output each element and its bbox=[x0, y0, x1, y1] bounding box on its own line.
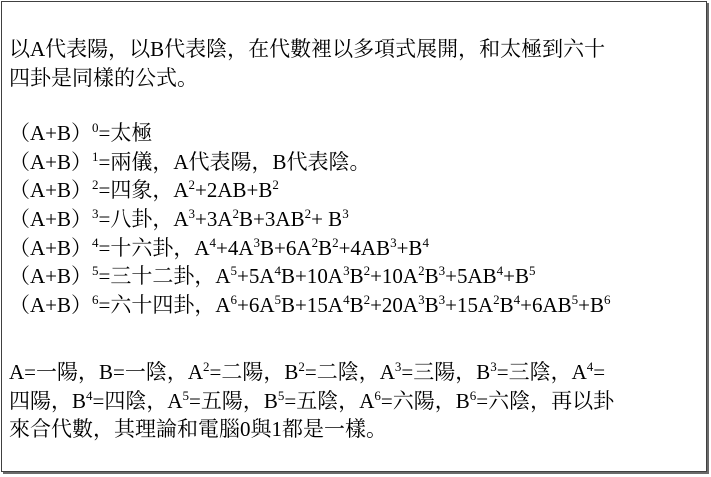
exponent: 4 bbox=[497, 263, 504, 278]
text-run: B bbox=[350, 264, 364, 288]
text-run: +B bbox=[503, 264, 529, 288]
exponent: 2 bbox=[364, 263, 371, 278]
power-exponent: 4 bbox=[92, 235, 99, 250]
text-run: B bbox=[425, 293, 439, 317]
exponent: 4 bbox=[514, 292, 521, 307]
formula-line: （A+B）5=三十二卦，A5+5A4B+10A3B2+10A2B3+5AB4+B… bbox=[9, 262, 709, 291]
text-run: +B bbox=[397, 236, 423, 260]
formula-line: （A+B）3=八卦，A3+3A2B+3AB2+ B3 bbox=[9, 205, 709, 234]
exponent: 5 bbox=[183, 388, 190, 403]
exponent: 2 bbox=[298, 359, 305, 374]
text-run: 四陽，B bbox=[9, 389, 86, 413]
exponent: 3 bbox=[418, 292, 425, 307]
text-run: =六十四卦，A bbox=[99, 293, 231, 317]
text-run: +4AB bbox=[339, 236, 391, 260]
text-run: B bbox=[350, 293, 364, 317]
text-run: +6A bbox=[237, 293, 275, 317]
exponent: 3 bbox=[439, 292, 446, 307]
text-run: +6AB bbox=[520, 293, 572, 317]
formula-line: （A+B）0=太極 bbox=[9, 119, 709, 148]
exponent: 3 bbox=[254, 235, 261, 250]
text-run: +5A bbox=[237, 264, 275, 288]
binomial-base: （A+B） bbox=[9, 236, 92, 260]
binomial-base: （A+B） bbox=[9, 121, 92, 145]
intro-paragraph: 以A代表陽，以B代表陰，在代數裡以多項式展開，和太極到六十 四卦是同樣的公式。 bbox=[9, 35, 709, 92]
mapping-paragraph: A=一陽，B=一陰，A2=二陽，B2=二陰，A3=三陽，B3=三陰，A4= 四陽… bbox=[9, 358, 709, 444]
text-run: =六陽，B bbox=[381, 389, 470, 413]
mapping-line: 四陽，B4=四陰，A5=五陽，B5=五陰，A6=六陽，B6=六陰，再以卦 bbox=[9, 387, 709, 416]
text-run: =四陰，A bbox=[93, 389, 183, 413]
text-run: +20A bbox=[370, 293, 418, 317]
formula-list: （A+B）0=太極 （A+B）1=兩儀，A代表陽，B代表陰。 （A+B）2=四象… bbox=[9, 119, 709, 320]
text-run: =六陰，再以卦 bbox=[476, 389, 614, 413]
exponent: 4 bbox=[422, 235, 429, 250]
power-exponent: 2 bbox=[92, 177, 99, 192]
text-run: +5AB bbox=[445, 264, 497, 288]
text-run: +15A bbox=[445, 293, 493, 317]
exponent: 2 bbox=[418, 263, 425, 278]
exponent: 6 bbox=[231, 292, 238, 307]
exponent: 3 bbox=[395, 359, 402, 374]
text-run: B+3AB bbox=[239, 207, 305, 231]
text-run: + B bbox=[311, 207, 342, 231]
exponent: 4 bbox=[275, 263, 282, 278]
exponent: 2 bbox=[272, 177, 279, 192]
binomial-base: （A+B） bbox=[9, 178, 92, 202]
exponent: 5 bbox=[572, 292, 579, 307]
power-exponent: 0 bbox=[92, 120, 99, 135]
exponent: 4 bbox=[587, 359, 594, 374]
text-run: B+6A bbox=[260, 236, 312, 260]
text-run: B bbox=[500, 293, 514, 317]
exponent: 4 bbox=[86, 388, 93, 403]
exponent: 5 bbox=[529, 263, 536, 278]
exponent: 2 bbox=[493, 292, 500, 307]
text-run: =兩儀，A代表陽，B代表陰。 bbox=[99, 150, 371, 174]
formula-line: （A+B）1=兩儀，A代表陽，B代表陰。 bbox=[9, 148, 709, 177]
exponent: 2 bbox=[332, 235, 339, 250]
exponent: 2 bbox=[233, 206, 240, 221]
power-exponent: 6 bbox=[92, 292, 99, 307]
binomial-base: （A+B） bbox=[9, 207, 92, 231]
exponent: 2 bbox=[203, 359, 210, 374]
exponent: 5 bbox=[275, 292, 282, 307]
exponent: 2 bbox=[312, 235, 319, 250]
binomial-base: （A+B） bbox=[9, 293, 92, 317]
exponent: 3 bbox=[439, 263, 446, 278]
exponent: 6 bbox=[604, 292, 611, 307]
formula-line: （A+B）2=四象，A2+2AB+B2 bbox=[9, 176, 709, 205]
mapping-line: 來合代數，其理論和電腦0與1都是一樣。 bbox=[9, 415, 709, 444]
text-run: 來合代數，其理論和電腦0與1都是一樣。 bbox=[9, 417, 387, 441]
exponent: 6 bbox=[470, 388, 477, 403]
exponent: 3 bbox=[342, 206, 349, 221]
text-run: B bbox=[425, 264, 439, 288]
document-frame: 以A代表陽，以B代表陰，在代數裡以多項式展開，和太極到六十 四卦是同樣的公式。 … bbox=[1, 1, 707, 472]
binomial-base: （A+B） bbox=[9, 264, 92, 288]
text-run: =二陽，B bbox=[210, 360, 299, 384]
text-run: +3A bbox=[195, 207, 233, 231]
text-run: +2AB+B bbox=[195, 178, 272, 202]
text-run: B+10A bbox=[281, 264, 343, 288]
text-run: +4A bbox=[216, 236, 254, 260]
mapping-line: A=一陽，B=一陰，A2=二陽，B2=二陰，A3=三陽，B3=三陰，A4= bbox=[9, 358, 709, 387]
binomial-base: （A+B） bbox=[9, 150, 92, 174]
text-run: =三十二卦，A bbox=[99, 264, 231, 288]
text-run: =五陽，B bbox=[189, 389, 278, 413]
text-run: =八卦，A bbox=[99, 207, 189, 231]
power-exponent: 1 bbox=[92, 149, 99, 164]
power-exponent: 5 bbox=[92, 263, 99, 278]
exponent: 5 bbox=[278, 388, 285, 403]
exponent: 6 bbox=[374, 388, 381, 403]
exponent: 2 bbox=[364, 292, 371, 307]
intro-line: 以A代表陽，以B代表陰，在代數裡以多項式展開，和太極到六十 bbox=[9, 35, 709, 64]
text-run: B bbox=[318, 236, 332, 260]
exponent: 3 bbox=[189, 206, 196, 221]
text-run: A=一陽，B=一陰，A bbox=[9, 360, 203, 384]
exponent: 2 bbox=[189, 177, 196, 192]
exponent: 4 bbox=[210, 235, 217, 250]
text-run: =太極 bbox=[99, 121, 153, 145]
formula-line: （A+B）6=六十四卦，A6+6A5B+15A4B2+20A3B3+15A2B4… bbox=[9, 291, 709, 320]
text-run: =十六卦，A bbox=[99, 236, 210, 260]
exponent: 4 bbox=[343, 292, 350, 307]
exponent: 3 bbox=[490, 359, 497, 374]
text-run: +B bbox=[578, 293, 604, 317]
text-run: =三陰，A bbox=[497, 360, 587, 384]
text-run: +10A bbox=[370, 264, 418, 288]
exponent: 3 bbox=[390, 235, 397, 250]
text-run: =三陽，B bbox=[401, 360, 490, 384]
text-run: =五陰，A bbox=[284, 389, 374, 413]
text-run: = bbox=[593, 360, 605, 384]
exponent: 3 bbox=[343, 263, 350, 278]
text-run: B+15A bbox=[281, 293, 343, 317]
power-exponent: 3 bbox=[92, 206, 99, 221]
intro-line: 四卦是同樣的公式。 bbox=[9, 64, 709, 93]
text-run: =二陰，A bbox=[305, 360, 395, 384]
formula-line: （A+B）4=十六卦，A4+4A3B+6A2B2+4AB3+B4 bbox=[9, 234, 709, 263]
exponent: 2 bbox=[305, 206, 312, 221]
text-run: =四象，A bbox=[99, 178, 189, 202]
exponent: 5 bbox=[231, 263, 238, 278]
